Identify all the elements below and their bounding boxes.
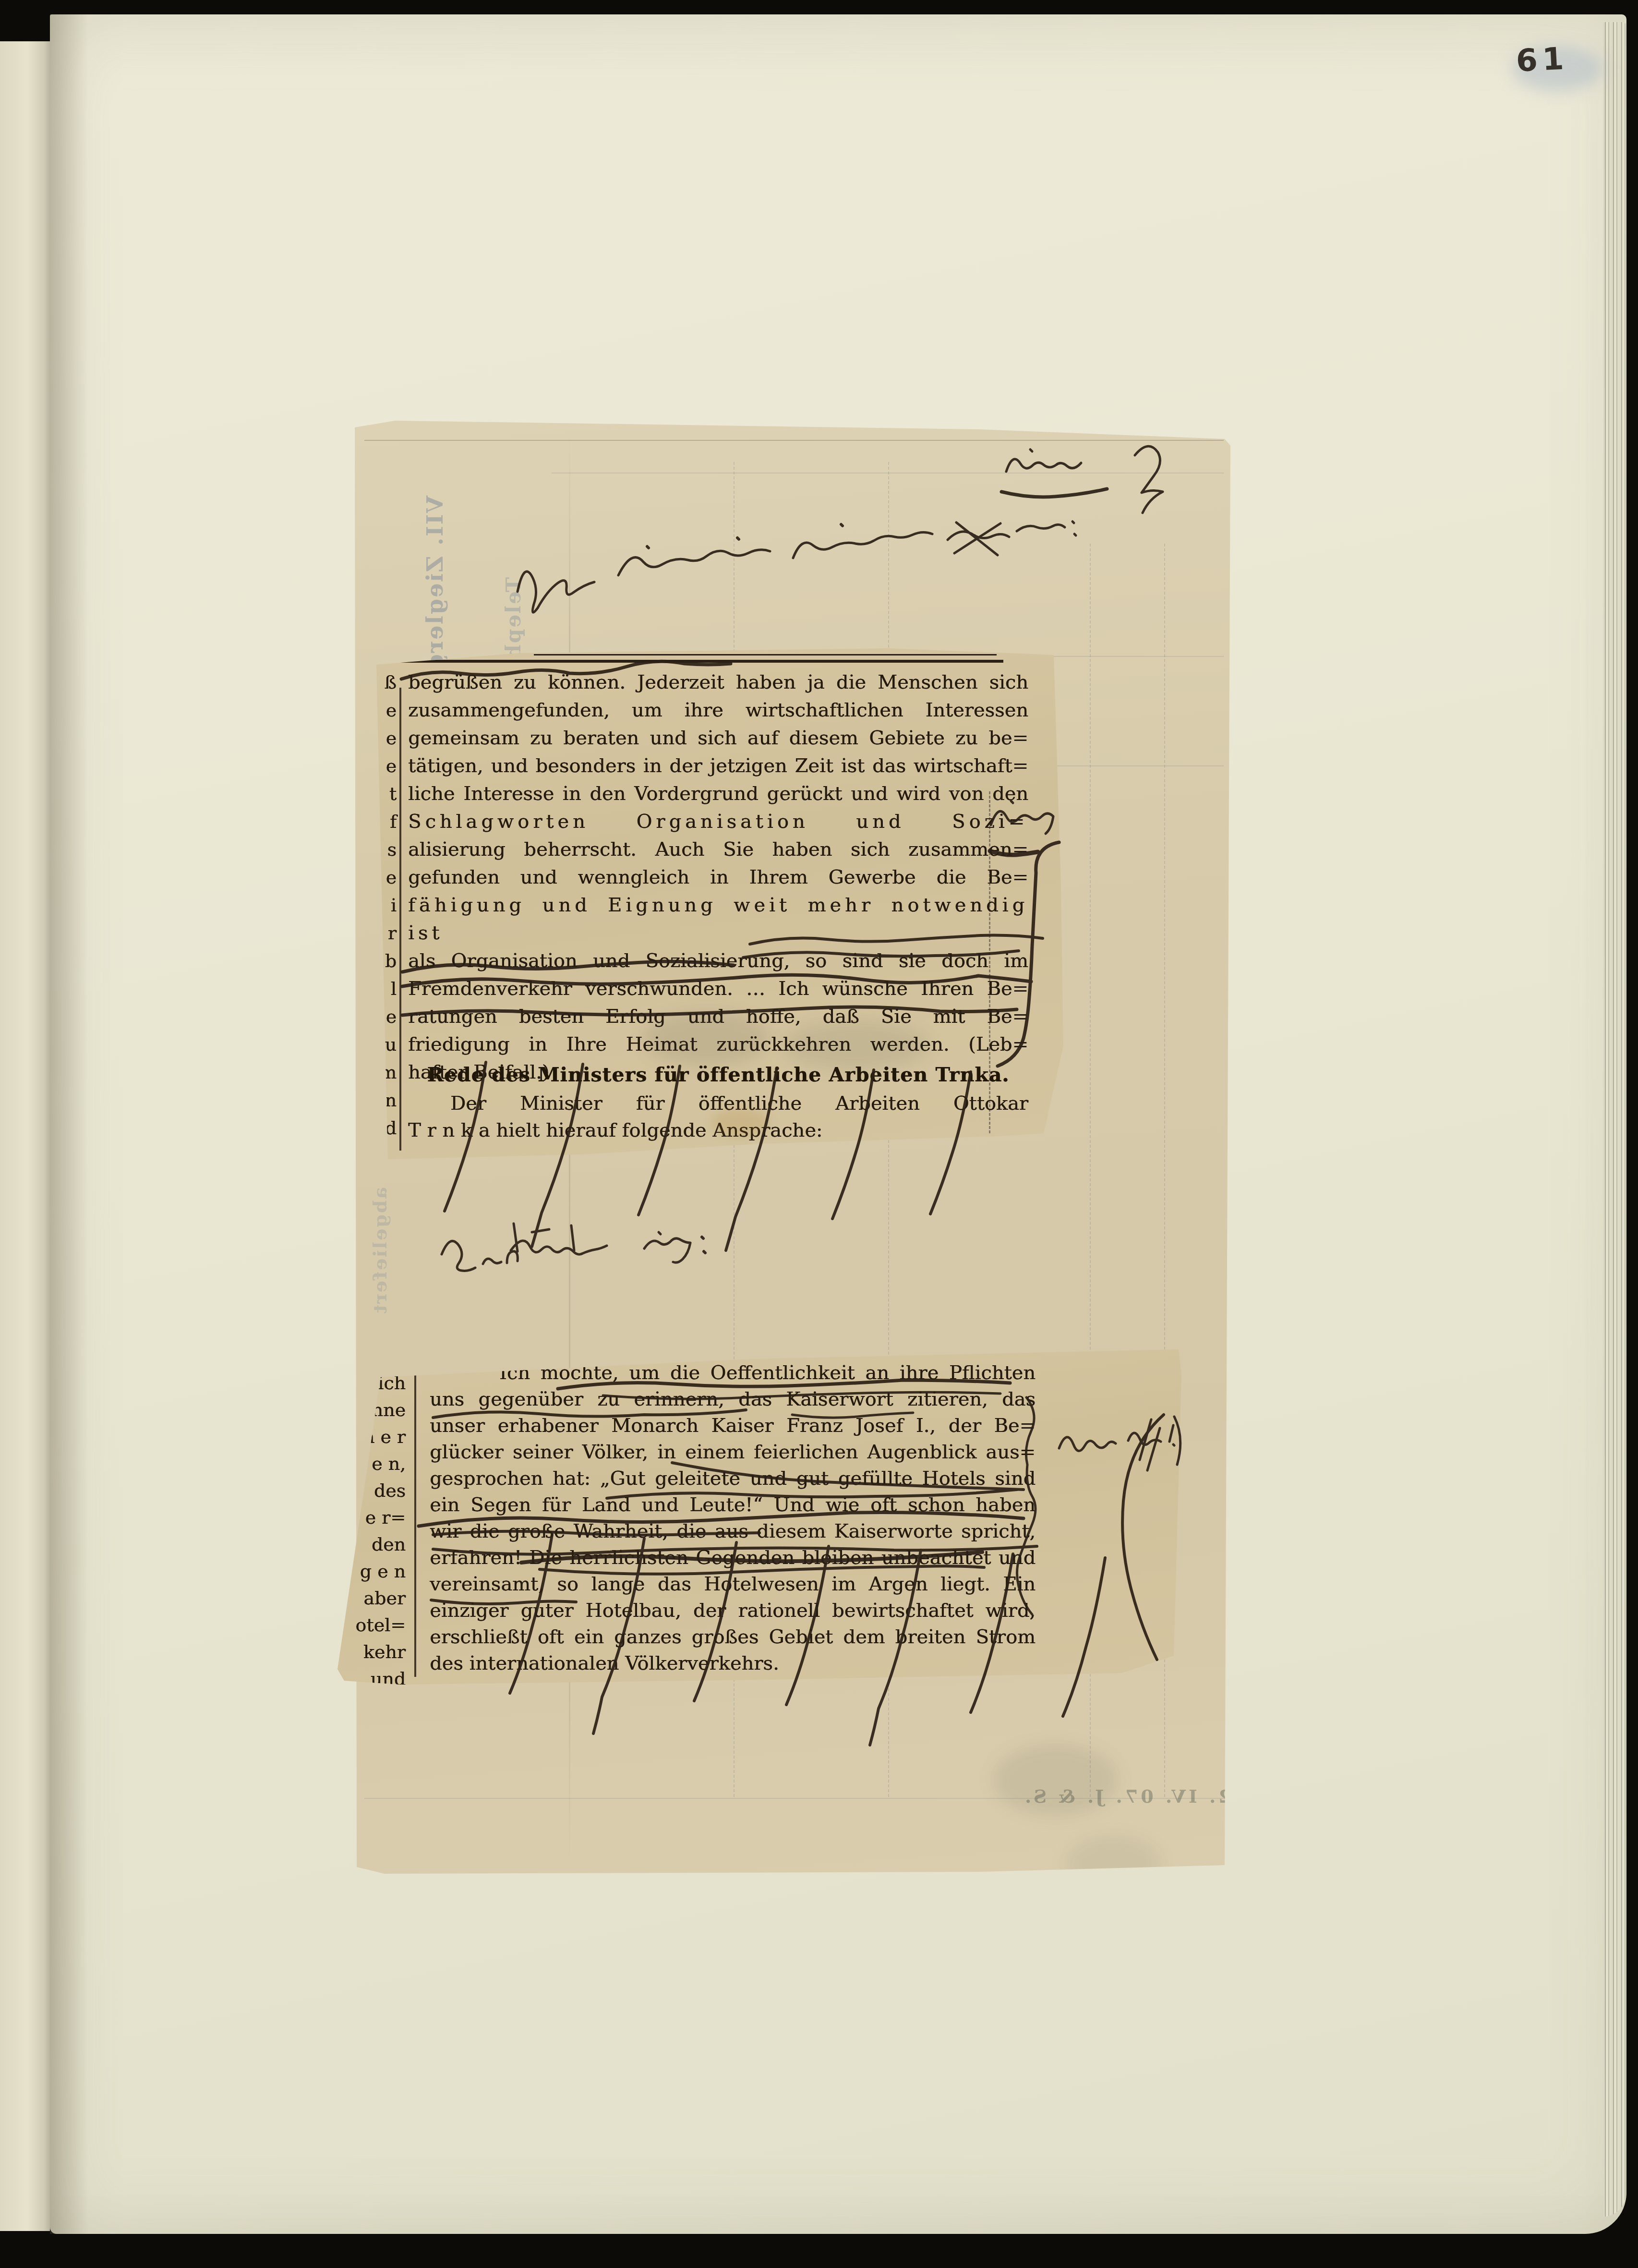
clipping-line: uns gegenüber zu erinnern, das Kaiserwor… xyxy=(430,1386,1036,1413)
clipping1-column-rule xyxy=(399,688,401,1151)
clipping-line: erschließt oft ein ganzes großes Gebiet … xyxy=(430,1624,1036,1650)
clipping2-body: Ich möchte, um die Oeffentlichkeit an ih… xyxy=(430,1360,1036,1677)
clipping-line: zusammengefunden, um ihre wirtschaftlich… xyxy=(408,696,1028,724)
clipping-line: tätigen, und besonders in der jetzigen Z… xyxy=(408,752,1028,780)
stacked-page-edges xyxy=(1603,22,1626,2217)
clipping-line: ß xyxy=(375,668,397,696)
stain xyxy=(711,1108,769,1137)
backing-top-crease xyxy=(364,440,1224,441)
clipping-line: Fremdenverkehr verschwunden. … Ich wünsc… xyxy=(408,975,1028,1003)
page-number: 61 xyxy=(1515,41,1569,79)
clipping-line: Schlagworten Organisation und Sozi= xyxy=(408,808,1028,836)
smudge xyxy=(993,1744,1118,1816)
clipping-line: unser erhabener Monarch Kaiser Franz Jos… xyxy=(430,1413,1036,1439)
smudge xyxy=(783,1022,927,1070)
clipping1-heading: Rede des Ministers für öffentliche Arbei… xyxy=(408,1063,1028,1086)
clipping-line: glücker seiner Völker, in einem feierlic… xyxy=(430,1439,1036,1466)
clipping-line: erfahren! Die herrlichsten Gegenden blei… xyxy=(430,1545,1036,1571)
clipping-line: liche Interesse in den Vordergrund gerüc… xyxy=(408,780,1028,808)
clipping-line: vereinsamt, so lange das Hotelwesen im A… xyxy=(430,1571,1036,1598)
letterhead-showthrough-word: abgeliefert xyxy=(369,1187,391,1315)
newspaper-clipping-2: , diereichBühnem e rs e n,dese r=deng e … xyxy=(335,1348,1183,1687)
clipping-line: des internationalen Völkerverkehrs. xyxy=(430,1650,1036,1677)
clipping-line: wir die große Wahrheit, die aus diesem K… xyxy=(430,1518,1036,1545)
facing-page-edge xyxy=(0,41,50,2231)
ruled-line-showthrough xyxy=(552,473,1224,473)
clipping-line: e xyxy=(375,696,397,724)
clipping-line: otel= xyxy=(338,1612,406,1638)
clipping-line: als Organisation und Sozialisierung, so … xyxy=(408,947,1028,975)
clipping-line: kehr xyxy=(338,1638,406,1665)
clipping-line: gesprochen hat: „Gut geleitete und gut g… xyxy=(430,1466,1036,1492)
newspaper-clipping-1: ßeeetfseirbleumnd begrüßen zu können. Je… xyxy=(375,647,1067,1161)
clipping-line: gemeinsam zu beraten und sich auf diesem… xyxy=(408,724,1028,752)
clipping-line: gefunden und wenngleich in Ihrem Gewerbe… xyxy=(408,863,1028,891)
scanned-album-page: 61 VII. Zieglergass Telephon 4 abgeliefe… xyxy=(0,0,1638,2268)
clipping-line: e xyxy=(375,724,397,752)
clipping-line: begrüßen zu können. Jederzeit haben ja d… xyxy=(408,668,1028,696)
clipping-line: ein Segen für Land und Leute!“ Und wie o… xyxy=(430,1492,1036,1518)
clipping-line: fähigung und Eignung weit mehr notwendig… xyxy=(408,891,1028,947)
clipping-line: einziger guter Hotelbau, der rationell b… xyxy=(430,1598,1036,1624)
clipping1-top-rule xyxy=(382,660,1003,663)
clipping1-top-rule-thin xyxy=(534,654,997,655)
clipping-line: alisierung beherrscht. Auch Sie haben si… xyxy=(408,836,1028,863)
clipping2-column-rule xyxy=(414,1362,416,1677)
smudge xyxy=(644,1012,769,1065)
